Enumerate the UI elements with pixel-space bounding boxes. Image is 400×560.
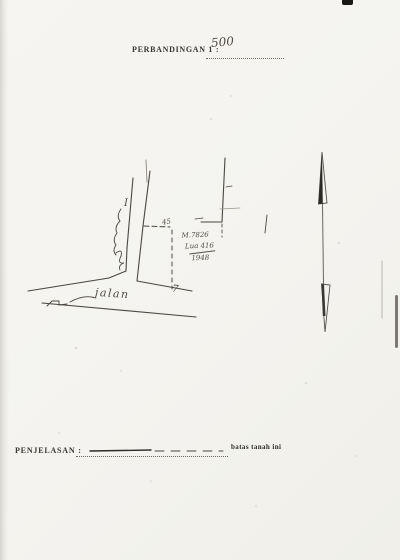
road-label-flourish xyxy=(70,297,96,302)
parcel-year: 1948 xyxy=(191,253,215,262)
boundary-dashed-horizontal xyxy=(144,226,170,227)
road-left-edge xyxy=(28,178,133,291)
roman-numeral-label: I xyxy=(124,198,128,209)
tick-mark-a xyxy=(195,218,203,219)
parcel-number: M.7826 xyxy=(181,230,214,239)
north-arrow-icon xyxy=(319,152,331,332)
legend-label: PENJELASAN : xyxy=(15,446,82,455)
parcel-area: Lua 416 xyxy=(185,241,215,250)
legend-dotted-leader xyxy=(76,446,228,457)
junction-mark-label: 45 xyxy=(161,217,171,226)
road-bend-segment xyxy=(137,281,192,291)
parcel-sketch xyxy=(0,0,400,560)
scanned-survey-page: PERBANDINGAN 1 : 500 xyxy=(0,0,400,560)
road-name-label: jalan xyxy=(95,286,130,301)
legend-text: batas tanah ini xyxy=(231,443,281,451)
pen-scribble-b xyxy=(116,251,124,270)
tick-mark-b xyxy=(226,186,232,187)
pen-scribble-a xyxy=(114,209,121,255)
parcel-annotation: M.7826 Lua 416 1948 xyxy=(181,230,215,262)
parcel-right-line xyxy=(222,158,225,222)
faint-top-line xyxy=(146,160,147,182)
road-bottom-edge xyxy=(42,303,196,317)
short-slant-line xyxy=(265,215,267,233)
